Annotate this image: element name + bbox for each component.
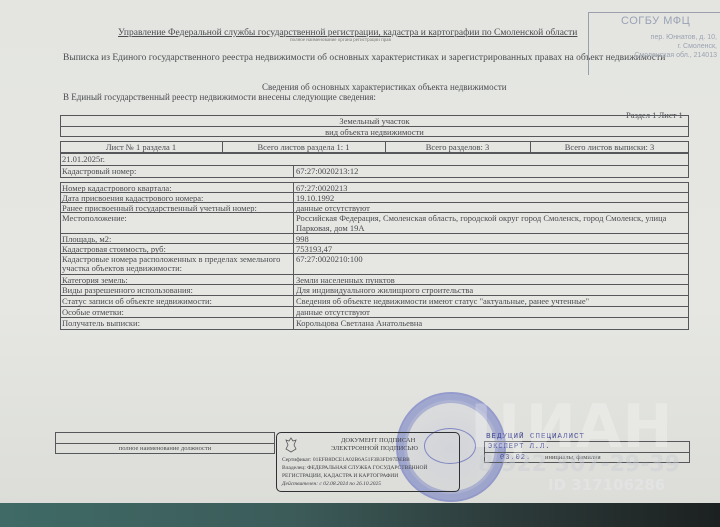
field-value: Земли населенных пунктов [296,275,395,285]
emblem-icon [285,437,297,453]
background-surface [0,503,720,527]
field-value: данные отсутствуют [296,203,370,213]
field-label: Площадь, м2: [62,234,111,244]
field-label: Получатель выписки: [62,318,140,328]
field-label: Дата присвоения кадастрового номера: [62,193,203,203]
field-value: данные отсутствуют [296,307,370,317]
field-label: Категория земель: [62,275,128,285]
field-label: Ранее присвоенный государственный учетны… [62,203,257,213]
mfc-name: СОГБУ МФЦ [621,15,690,27]
area-value: 998 [296,234,309,244]
location-value-line2: Парковая, дом 19А [296,223,365,233]
authority-title: Управление Федеральной службы государств… [118,28,577,38]
field-label: Особые отметки: [62,307,124,317]
field-value: Сведения об объекте недвижимости имеют с… [296,296,589,306]
position-caption: полное наименование должности [55,444,275,454]
field-value: 67:27:0020210:100 [296,254,363,264]
field-value: 67:27:0020213 [296,183,347,193]
mfc-stamp: СОГБУ МФЦ пер. Юннатов, д. 10, г. Смолен… [588,12,720,75]
total-sheets-extract: Всего листов выписки: 3 [530,142,689,152]
field-label: Номер кадастрового квартала: [62,183,172,193]
field-value: 19.10.1992 [296,193,334,203]
sheet-number: Лист № 1 раздела 1 [60,142,222,152]
field-label-line2: участка объектов недвижимости: [62,263,182,273]
electronic-signature-box: ДОКУМЕНТ ПОДПИСАН ЭЛЕКТРОННОЙ ПОДПИСЬЮ С… [276,432,460,492]
mfc-address: пер. Юннатов, д. 10, г. Смоленск, Смолен… [589,33,717,60]
esig-certificate: Сертификат: 01EFB8DCE1A02B6A51F3B3FD97DE… [282,457,410,463]
mfc-address-line: г. Смоленск, [589,42,717,51]
mfc-address-line: пер. Юннатов, д. 10, [589,33,717,42]
divider [293,182,294,330]
esig-owner-line2: РЕГИСТРАЦИИ, КАДАСТРА И КАРТОГРАФИИ [282,473,398,479]
cadastral-number: 67:27:0020213:12 [296,166,358,176]
authority-subtitle: полное наименование органа регистрации п… [290,38,391,43]
divider [60,233,689,234]
watermark-phone: 8 922 307-29-39 [478,452,680,477]
object-type-caption: вид объекта недвижимости [60,127,689,137]
field-label: Кадастровая стоимость, руб: [62,244,166,254]
esig-title: ДОКУМЕНТ ПОДПИСАН [341,438,415,444]
esig-title-line2: ЭЛЕКТРОННОЙ ПОДПИСЬЮ [331,446,418,452]
field-value: Для индивидуального жилищного строительс… [296,285,473,295]
field-label: Статус записи об объекте недвижимости: [62,296,212,306]
location-value: Российская Федерация, Смоленская область… [296,213,666,223]
extract-date: 21.01.2025г. [62,154,105,164]
divider [60,306,689,307]
document-page: Управление Федеральной службы государств… [0,0,720,505]
section-title: Сведения об основных характеристиках объ… [262,82,507,92]
field-label: Кадастровый номер: [62,166,136,176]
field-label: Местоположение: [62,213,127,223]
extract-title: Выписка из Единого государственного реес… [63,53,665,63]
esig-validity: Действителен: с 02.08.2024 по 26.10.2025 [282,481,381,487]
field-label: Виды разрешенного использования: [62,285,193,295]
total-sections: Всего разделов: 3 [385,142,530,152]
divider [60,165,689,166]
divider [293,165,294,178]
watermark-id: ID 317106286 [548,476,665,494]
recipient-value: Корольцова Светлана Анатольевна [296,318,422,328]
total-sheets-section: Всего листов раздела 1: 1 [222,142,385,152]
mfc-address-line: Смоленская обл., 214013 [589,51,717,60]
object-type: Земельный участок [60,116,689,126]
esig-owner: Владелец: ФЕДЕРАЛЬНАЯ СЛУЖБА ГОСУДАРСТВЕ… [282,465,427,471]
cadastral-value: 753193,47 [296,244,332,254]
intro-text: В Единый государственный реестр недвижим… [63,92,376,102]
